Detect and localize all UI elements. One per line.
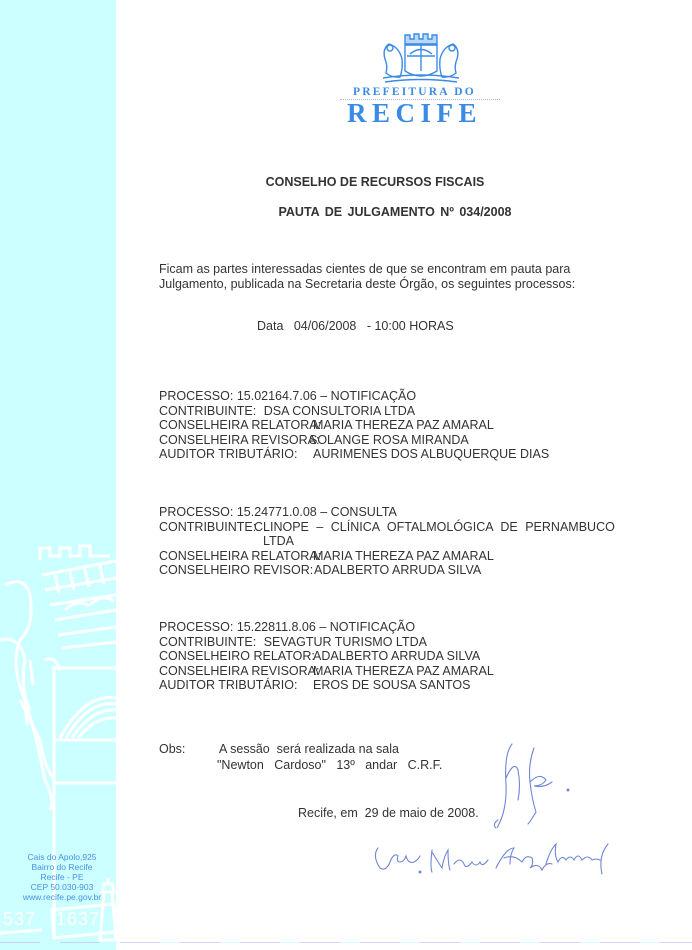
process-number-line: PROCESSO: 15.24771.0.08 – CONSULTA <box>159 505 397 520</box>
taxpayer-name: DSA CONSULTORIA LTDA <box>264 404 415 418</box>
session-date-line: Data 04/06/2008 - 10:00 HORAS <box>257 319 454 333</box>
date-label: Data <box>257 319 283 333</box>
role-person: MARIA THEREZA PAZ AMARAL <box>313 549 494 564</box>
document-title-container: CONSELHO DE RECURSOS FISCAIS <box>0 175 692 189</box>
role-person: MARIA THEREZA PAZ AMARAL <box>313 418 494 433</box>
observation-text: A sessão será realizada na sala <box>219 742 399 757</box>
role-person: SOLANGE ROSA MIRANDA <box>309 433 469 448</box>
organization-small-text: PREFEITURA DO <box>353 86 476 98</box>
taxpayer-label: CONTRIBUINTE: <box>159 404 256 418</box>
role-person: AURIMENES DOS ALBUQUERQUE DIAS <box>313 447 549 462</box>
process-number-label: PROCESSO: <box>159 620 233 634</box>
taxpayer-label: CONTRIBUINTE: <box>159 520 256 535</box>
address-line: Cais do Apolo,925 <box>12 852 112 862</box>
role-label: CONSELHEIRO RELATOR: <box>159 649 315 664</box>
address-line: Bairro do Recife <box>12 862 112 872</box>
observation-text: "Newton Cardoso" 13º andar C.R.F. <box>217 758 442 773</box>
taxpayer-name-continued: LTDA <box>263 534 294 549</box>
address-line: Recife - PE <box>12 872 112 882</box>
role-label: CONSELHEIRA REVISORA: <box>159 433 319 448</box>
process-type: – NOTIFICAÇÃO <box>319 620 415 634</box>
process-number-label: PROCESSO: <box>159 389 233 403</box>
city-coat-of-arms-icon <box>375 28 467 86</box>
document-title: CONSELHO DE RECURSOS FISCAIS <box>266 175 485 189</box>
document-subtitle: PAUTA DE JULGAMENTO Nº 034/2008 <box>279 205 512 219</box>
sidebar-watermark-panel: 537 1637 Cais do Apolo,925 Bairro do Rec… <box>0 0 116 950</box>
process-number: 15.22811.8.06 <box>237 620 316 634</box>
address-line: CEP 50.030-903 <box>12 882 112 892</box>
process-number-line: PROCESSO: 15.02164.7.06 – NOTIFICAÇÃO <box>159 389 416 404</box>
observation-label: Obs: <box>159 742 185 757</box>
intro-paragraph: Ficam as partes interessadas cientes de … <box>159 262 609 292</box>
scan-edge-line <box>0 942 692 943</box>
process-type: – NOTIFICAÇÃO <box>320 389 416 403</box>
session-time: - 10:00 HORAS <box>367 319 454 333</box>
role-label: CONSELHEIRA RELATORA: <box>159 549 321 564</box>
process-number-line: PROCESSO: 15.22811.8.06 – NOTIFICAÇÃO <box>159 620 415 635</box>
role-person: ADALBERTO ARRUDA SILVA <box>313 649 480 664</box>
taxpayer-name: SEVAGTUR TURISMO LTDA <box>264 635 427 649</box>
organization-large-text: RECIFE <box>347 98 482 129</box>
process-type: – CONSULTA <box>320 505 397 519</box>
session-date: 04/06/2008 <box>294 319 357 333</box>
process-number: 15.24771.0.08 <box>237 505 317 519</box>
role-label: CONSELHEIRO REVISOR: <box>159 563 313 578</box>
process-number: 15.02164.7.06 <box>237 389 317 403</box>
taxpayer-line: CONTRIBUINTE: SEVAGTUR TURISMO LTDA <box>159 635 427 650</box>
street-plate-numbers: 537 1637 <box>0 905 116 935</box>
place-date: Recife, em 29 de maio de 2008. <box>298 806 479 820</box>
role-label: CONSELHEIRA REVISORA: <box>159 664 319 679</box>
plate-number: 537 <box>3 909 36 930</box>
handwritten-signature-icon <box>490 740 580 835</box>
role-label: CONSELHEIRA RELATORA: <box>159 418 321 433</box>
letterhead-logo: PREFEITURA DO RECIFE <box>345 28 495 128</box>
taxpayer-label: CONTRIBUINTE: <box>159 635 256 649</box>
taxpayer-line: CONTRIBUINTE: DSA CONSULTORIA LTDA <box>159 404 415 419</box>
role-person: ADALBERTO ARRUDA SILVA <box>314 563 481 578</box>
city-emblem-watermark-icon <box>0 0 116 950</box>
approval-signature-icon <box>370 838 620 883</box>
role-person: EROS DE SOUSA SANTOS <box>313 678 470 693</box>
role-label: AUDITOR TRIBUTÁRIO: <box>159 678 297 693</box>
website-text: www.recife.pe.gov.br <box>12 892 112 902</box>
document-subtitle-container: PAUTA DE JULGAMENTO Nº 034/2008 <box>0 205 692 219</box>
address-block: Cais do Apolo,925 Bairro do Recife Recif… <box>12 852 112 902</box>
process-number-label: PROCESSO: <box>159 505 233 519</box>
role-person: MARIA THEREZA PAZ AMARAL <box>313 664 494 679</box>
taxpayer-name: CLINOPE – CLÍNICA OFTALMOLÓGICA DE PERNA… <box>254 520 615 535</box>
role-label: AUDITOR TRIBUTÁRIO: <box>159 447 297 462</box>
plate-number: 1637 <box>56 909 100 930</box>
